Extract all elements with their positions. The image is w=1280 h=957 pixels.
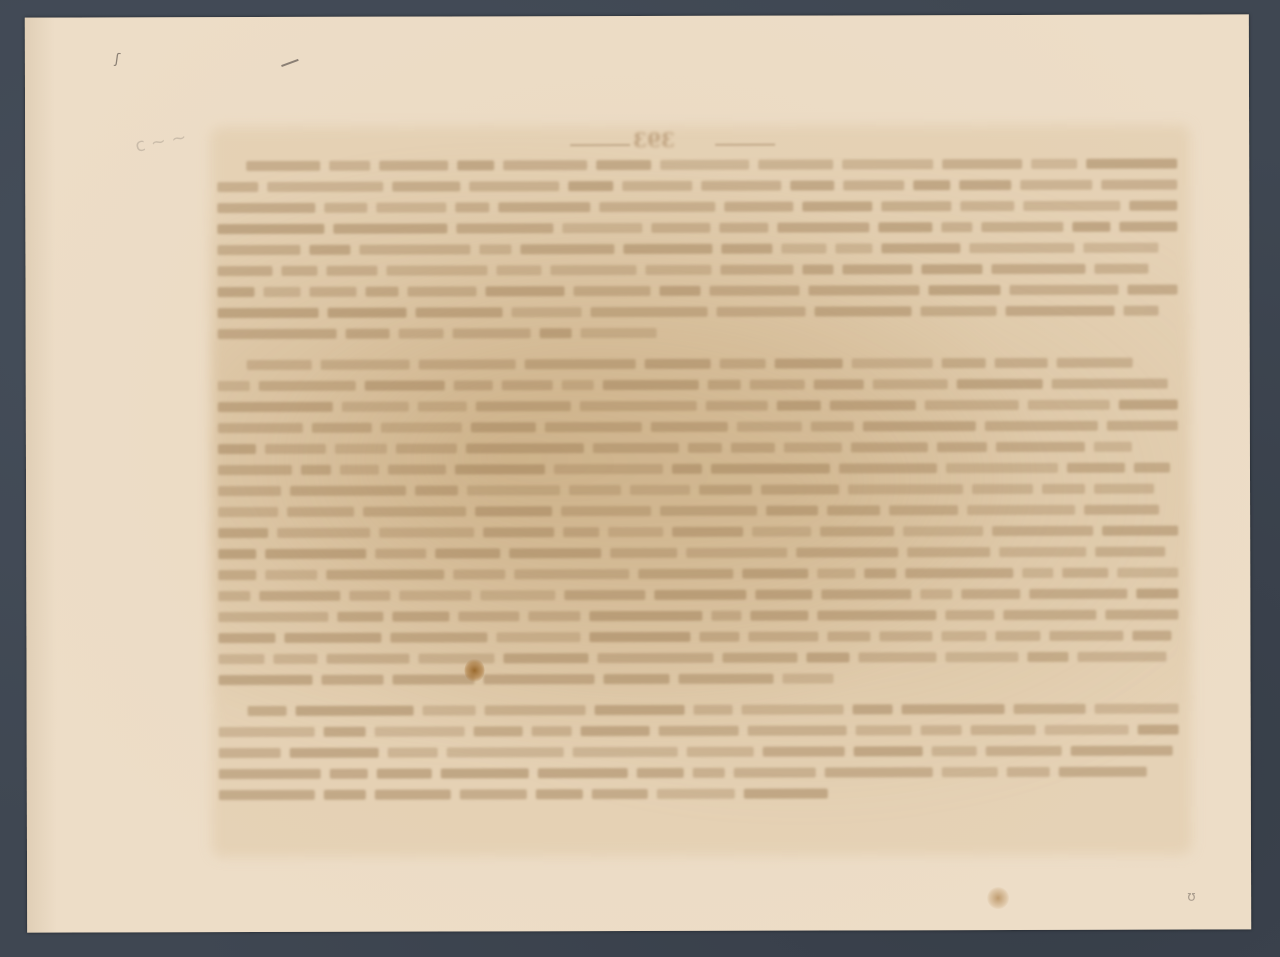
text-word xyxy=(504,653,588,663)
text-word xyxy=(937,442,986,452)
text-word xyxy=(921,306,996,316)
text-word xyxy=(469,181,559,191)
text-word xyxy=(375,726,465,736)
text-word xyxy=(349,591,390,601)
text-word xyxy=(528,611,580,621)
text-word xyxy=(561,380,594,390)
text-word xyxy=(981,222,1064,232)
text-line xyxy=(217,260,1207,281)
text-line xyxy=(219,700,1209,721)
text-word xyxy=(396,443,458,453)
text-word xyxy=(724,202,793,212)
text-word xyxy=(496,265,541,275)
text-word xyxy=(391,632,488,642)
text-word xyxy=(790,180,834,190)
text-word xyxy=(324,727,366,737)
text-word xyxy=(660,286,701,296)
text-word xyxy=(597,653,713,663)
text-word xyxy=(346,329,390,339)
text-word xyxy=(218,329,337,339)
text-word xyxy=(1014,704,1086,714)
text-word xyxy=(1009,285,1119,295)
text-word xyxy=(752,527,811,537)
text-word xyxy=(835,243,872,253)
text-word xyxy=(550,265,636,275)
text-word xyxy=(475,506,552,516)
text-word xyxy=(376,549,427,559)
text-word xyxy=(1119,400,1178,410)
text-word xyxy=(1007,767,1050,777)
text-word xyxy=(1134,463,1170,473)
text-line xyxy=(219,669,1209,690)
text-word xyxy=(327,654,410,664)
text-line xyxy=(218,396,1208,417)
text-word xyxy=(301,465,331,475)
text-word xyxy=(379,527,475,537)
text-word xyxy=(273,654,318,664)
text-word xyxy=(422,705,476,715)
text-word xyxy=(1137,725,1178,735)
text-word xyxy=(393,611,450,621)
text-word xyxy=(219,790,315,800)
text-word xyxy=(562,223,642,233)
text-word xyxy=(1042,484,1085,494)
text-word xyxy=(961,589,1020,599)
text-word xyxy=(1067,463,1125,473)
text-word xyxy=(905,568,1013,578)
text-word xyxy=(218,486,281,496)
text-word xyxy=(693,705,732,715)
text-word xyxy=(218,612,328,622)
page-number-bleed: 393 xyxy=(633,128,675,152)
text-word xyxy=(287,507,354,517)
text-word xyxy=(985,421,1098,431)
text-word xyxy=(654,590,746,600)
text-word xyxy=(1094,484,1154,494)
text-word xyxy=(504,160,587,170)
text-word xyxy=(393,674,475,684)
text-word xyxy=(710,286,800,296)
text-word xyxy=(839,463,937,473)
text-line xyxy=(218,323,1208,344)
text-word xyxy=(309,245,350,255)
text-word xyxy=(604,674,670,684)
text-word xyxy=(922,264,982,274)
text-word xyxy=(483,674,595,684)
text-word xyxy=(1086,159,1177,169)
text-line xyxy=(219,721,1209,742)
text-word xyxy=(581,726,650,736)
text-word xyxy=(218,308,319,318)
text-word xyxy=(218,402,333,412)
text-word xyxy=(217,266,272,276)
text-word xyxy=(806,652,849,662)
text-word xyxy=(945,652,1018,662)
text-word xyxy=(453,569,505,579)
text-word xyxy=(880,631,933,641)
text-word xyxy=(932,746,977,756)
text-word xyxy=(830,400,916,410)
text-word xyxy=(907,547,990,557)
text-word xyxy=(623,244,712,254)
text-word xyxy=(466,443,584,453)
text-word xyxy=(376,203,447,213)
text-word xyxy=(992,526,1093,536)
text-word xyxy=(1129,201,1177,211)
text-word xyxy=(783,673,834,683)
text-word xyxy=(1045,725,1128,735)
text-line xyxy=(219,742,1209,763)
text-word xyxy=(599,202,715,212)
text-word xyxy=(377,769,432,779)
text-word xyxy=(651,223,710,233)
text-word xyxy=(797,547,899,557)
text-word xyxy=(854,746,923,756)
text-word xyxy=(326,570,444,580)
text-word xyxy=(763,746,845,756)
text-word xyxy=(878,222,932,232)
text-word xyxy=(1120,222,1178,232)
text-word xyxy=(693,768,725,778)
text-word xyxy=(379,160,449,170)
text-word xyxy=(419,653,495,663)
text-word xyxy=(481,590,556,600)
text-word xyxy=(902,704,1005,714)
text-word xyxy=(340,465,379,475)
text-word xyxy=(589,632,690,642)
text-word xyxy=(217,182,258,192)
text-word xyxy=(741,704,843,714)
text-word xyxy=(247,360,312,370)
text-word xyxy=(843,180,905,190)
text-word xyxy=(263,287,300,297)
text-word xyxy=(1023,201,1120,211)
text-word xyxy=(808,285,920,295)
text-word xyxy=(702,181,781,191)
text-word xyxy=(277,528,369,538)
bleed-through-text xyxy=(217,155,1209,808)
text-word xyxy=(686,548,787,558)
text-word xyxy=(941,222,972,232)
text-word xyxy=(265,444,326,454)
text-word xyxy=(326,266,377,276)
text-word xyxy=(1095,704,1179,714)
text-word xyxy=(386,265,487,275)
text-word xyxy=(717,307,806,317)
text-word xyxy=(592,789,648,799)
text-word xyxy=(817,568,855,578)
text-word xyxy=(514,569,629,579)
text-word xyxy=(388,748,438,758)
text-word xyxy=(660,160,749,170)
text-word xyxy=(399,329,444,339)
text-word xyxy=(699,485,752,495)
text-word xyxy=(218,549,256,559)
text-word xyxy=(904,526,983,536)
text-word xyxy=(970,725,1036,735)
text-word xyxy=(1106,610,1179,620)
text-line xyxy=(218,375,1208,396)
text-word xyxy=(441,768,528,778)
text-word xyxy=(942,767,998,777)
text-word xyxy=(1095,547,1165,557)
text-word xyxy=(743,569,809,579)
text-word xyxy=(660,506,757,516)
text-line xyxy=(218,501,1208,522)
text-word xyxy=(590,307,708,317)
text-word xyxy=(1003,610,1096,620)
text-word xyxy=(1084,505,1159,515)
text-word xyxy=(925,400,1019,410)
text-word xyxy=(766,506,819,516)
text-word xyxy=(219,748,281,758)
text-line xyxy=(218,480,1208,501)
pencil-stroke xyxy=(281,59,299,67)
text-word xyxy=(531,726,572,736)
text-word xyxy=(1052,379,1167,389)
text-word xyxy=(476,401,571,411)
text-word xyxy=(312,423,372,433)
text-word xyxy=(248,706,287,716)
text-word xyxy=(1073,222,1111,232)
text-word xyxy=(784,442,842,452)
text-word xyxy=(595,705,685,715)
text-word xyxy=(1005,306,1114,316)
text-word xyxy=(637,768,684,778)
text-word xyxy=(564,590,645,600)
text-word xyxy=(265,549,367,559)
text-word xyxy=(483,527,554,537)
text-word xyxy=(537,768,628,778)
text-word xyxy=(284,633,382,643)
header-rule-right xyxy=(715,144,775,146)
text-word xyxy=(711,463,831,473)
text-word xyxy=(1020,180,1092,190)
text-word xyxy=(711,611,741,621)
text-word xyxy=(852,704,893,714)
text-word xyxy=(454,380,493,390)
text-word xyxy=(539,328,571,338)
text-word xyxy=(967,505,1075,515)
text-word xyxy=(813,379,864,389)
text-word xyxy=(596,160,652,170)
text-word xyxy=(720,359,766,369)
foxing-spot xyxy=(987,887,1009,909)
text-word xyxy=(657,789,735,799)
text-word xyxy=(218,591,250,601)
text-word xyxy=(827,505,880,515)
text-word xyxy=(329,161,369,171)
text-word xyxy=(986,746,1062,756)
text-word xyxy=(708,380,741,390)
text-word xyxy=(1062,568,1108,578)
text-word xyxy=(855,725,911,735)
text-word xyxy=(218,423,303,433)
text-word xyxy=(1102,526,1178,536)
text-word xyxy=(972,484,1034,494)
paper-sheet: 393 ʃ c ~ ~ ʊ xyxy=(25,14,1251,932)
text-word xyxy=(731,443,775,453)
text-word xyxy=(781,244,826,254)
text-word xyxy=(851,358,932,368)
text-word xyxy=(608,527,664,537)
text-word xyxy=(842,264,913,274)
text-word xyxy=(453,328,531,338)
text-word xyxy=(1084,243,1158,253)
text-word xyxy=(1124,306,1159,316)
text-word xyxy=(218,654,264,664)
text-word xyxy=(1059,767,1147,777)
text-word xyxy=(659,726,739,736)
text-word xyxy=(218,528,268,538)
text-line xyxy=(219,763,1209,784)
text-line xyxy=(218,564,1208,585)
text-word xyxy=(645,359,711,369)
text-word xyxy=(1029,589,1127,599)
text-word xyxy=(1095,264,1149,274)
text-line xyxy=(218,543,1208,564)
text-word xyxy=(946,463,1058,473)
text-word xyxy=(969,243,1075,253)
text-word xyxy=(388,465,445,475)
text-word xyxy=(217,224,324,234)
text-word xyxy=(545,422,642,432)
text-word xyxy=(218,287,255,297)
text-word xyxy=(744,789,827,799)
text-word xyxy=(435,548,500,558)
text-word xyxy=(219,727,315,737)
text-word xyxy=(722,653,797,663)
text-word xyxy=(342,402,409,412)
text-word xyxy=(321,360,410,370)
text-word xyxy=(848,484,963,494)
text-word xyxy=(218,444,256,454)
text-word xyxy=(995,631,1040,641)
text-word xyxy=(942,159,1022,169)
text-word xyxy=(1031,159,1077,169)
text-word xyxy=(941,631,986,641)
text-word xyxy=(536,789,583,799)
pencil-mark: ʃ xyxy=(114,51,121,67)
text-line xyxy=(218,438,1208,459)
text-word xyxy=(842,159,932,169)
text-line xyxy=(217,239,1207,260)
text-word xyxy=(851,442,928,452)
text-word xyxy=(748,725,847,735)
text-word xyxy=(960,180,1011,190)
text-word xyxy=(777,401,821,411)
text-line xyxy=(218,627,1208,648)
text-word xyxy=(858,652,936,662)
text-word xyxy=(672,464,702,474)
text-word xyxy=(737,422,802,432)
text-word xyxy=(334,223,447,233)
text-word xyxy=(610,548,677,558)
text-word xyxy=(758,159,833,169)
text-word xyxy=(325,203,367,213)
text-word xyxy=(415,485,458,495)
text-word xyxy=(324,790,366,800)
text-word xyxy=(218,465,292,475)
text-word xyxy=(218,570,256,580)
text-word xyxy=(338,612,384,622)
text-word xyxy=(310,287,357,297)
text-word xyxy=(554,464,663,474)
text-word xyxy=(467,485,561,495)
text-word xyxy=(497,632,581,642)
text-word xyxy=(803,264,834,274)
text-word xyxy=(734,768,816,778)
text-word xyxy=(573,286,651,296)
text-word xyxy=(360,244,471,254)
text-word xyxy=(827,631,870,641)
text-line xyxy=(217,176,1207,197)
text-word xyxy=(881,201,952,211)
text-word xyxy=(941,358,986,368)
text-word xyxy=(825,767,933,777)
text-word xyxy=(1078,652,1167,662)
text-word xyxy=(415,307,502,317)
text-word xyxy=(479,244,511,254)
text-word xyxy=(749,380,804,390)
text-word xyxy=(1094,442,1132,452)
text-word xyxy=(573,747,677,757)
text-word xyxy=(814,306,912,316)
text-word xyxy=(995,358,1048,368)
text-word xyxy=(1136,589,1178,599)
text-word xyxy=(561,506,651,516)
text-word xyxy=(865,568,896,578)
text-word xyxy=(290,486,405,496)
text-word xyxy=(322,675,384,685)
text-word xyxy=(486,286,565,296)
text-word xyxy=(687,443,722,453)
text-word xyxy=(218,633,275,643)
text-word xyxy=(1128,285,1178,295)
text-line xyxy=(217,218,1207,239)
text-word xyxy=(329,769,368,779)
text-word xyxy=(820,526,895,536)
text-word xyxy=(593,443,678,453)
text-word xyxy=(679,674,774,684)
text-word xyxy=(568,181,613,191)
text-word xyxy=(778,222,870,232)
text-word xyxy=(471,422,536,432)
text-word xyxy=(259,591,340,601)
text-word xyxy=(217,245,300,255)
paper-edge-shade xyxy=(25,18,57,933)
text-word xyxy=(217,203,315,213)
text-line xyxy=(218,522,1208,543)
text-word xyxy=(460,789,528,799)
text-word xyxy=(375,789,450,799)
text-word xyxy=(751,611,809,621)
text-word xyxy=(1101,180,1177,190)
pencil-mark-faint: c ~ ~ xyxy=(134,127,188,157)
text-word xyxy=(499,202,590,212)
text-word xyxy=(673,527,744,537)
text-word xyxy=(563,527,599,537)
text-word xyxy=(651,422,728,432)
text-word xyxy=(569,485,621,495)
text-word xyxy=(603,380,699,390)
text-word xyxy=(446,747,564,757)
text-line xyxy=(218,648,1208,669)
text-word xyxy=(802,201,872,211)
text-word xyxy=(580,401,697,411)
text-line xyxy=(217,197,1207,218)
text-word xyxy=(1028,652,1069,662)
